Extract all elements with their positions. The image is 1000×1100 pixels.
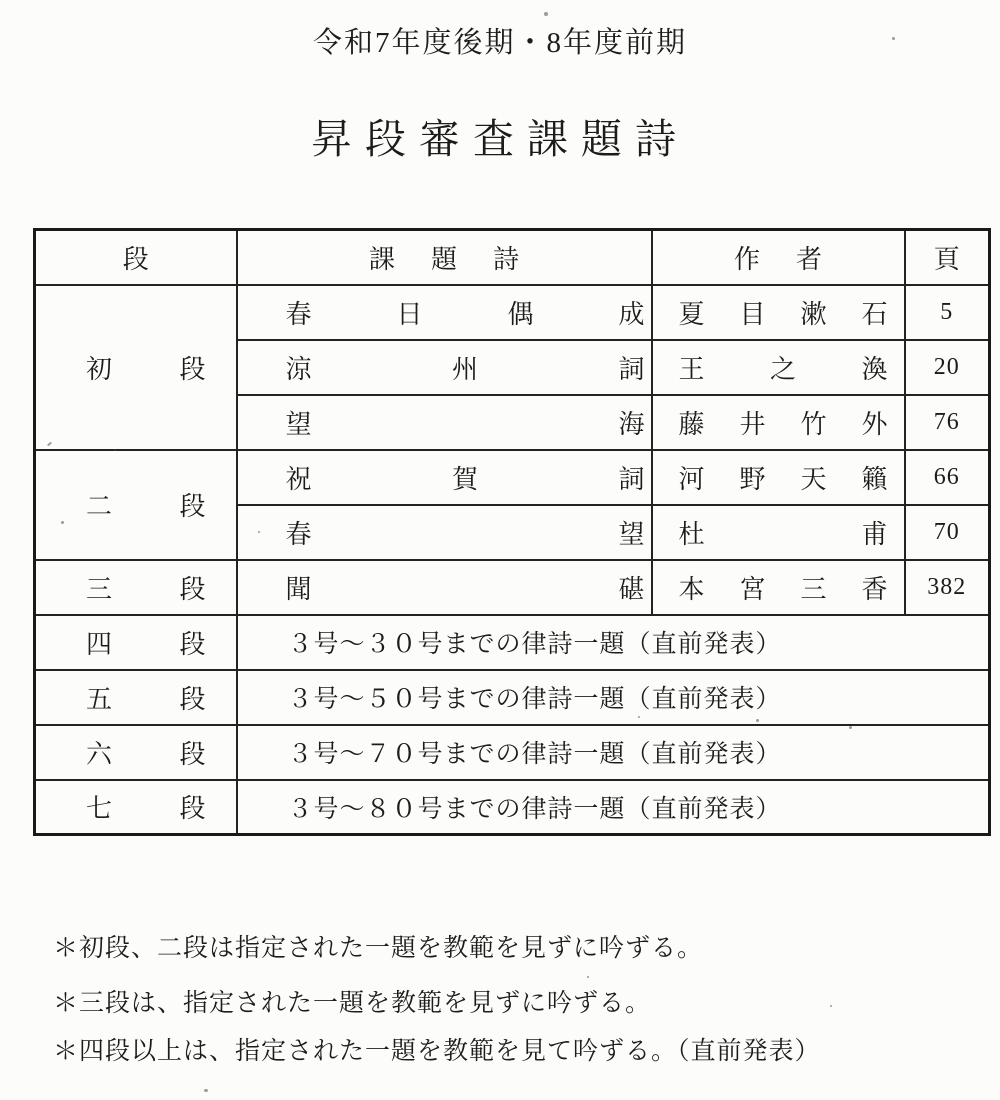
dan-cell-godan: 五段	[35, 670, 237, 725]
table-row: 六段 ３号～７０号までの律詩一題（直前発表）	[35, 725, 990, 780]
dan-label: 初段	[36, 349, 236, 386]
table-row: 四段 ３号～３０号までの律詩一題（直前発表）	[35, 615, 990, 670]
poem-cell: 聞碪	[237, 560, 652, 615]
author-cell: 藤井竹外	[652, 395, 905, 450]
requirement-text: ３号～７０号までの律詩一題（直前発表）	[238, 734, 989, 770]
footnote-yondan-up: ＊四段以上は、指定された一題を教範を見て吟ずる。（直前発表）	[53, 1031, 821, 1067]
scan-speck	[830, 1005, 832, 1007]
scan-speck	[114, 449, 116, 451]
merged-requirement-cell: ３号～８０号までの律詩一題（直前発表）	[237, 780, 990, 835]
col-header-author-label: 作者	[653, 239, 904, 276]
dan-label: 二段	[36, 486, 236, 523]
author-cell: 河野天籟	[652, 450, 905, 505]
requirement-text: ３号～８０号までの律詩一題（直前発表）	[238, 789, 989, 825]
page-cell: 70	[905, 505, 990, 560]
poem-cell: 涼州詞	[237, 340, 652, 395]
col-header-page: 頁	[905, 230, 990, 285]
page-title: 昇段審査課題詩	[0, 106, 1000, 165]
table-row: 七段 ３号～８０号までの律詩一題（直前発表）	[35, 780, 990, 835]
author-cell: 杜甫	[652, 505, 905, 560]
author-name: 藤井竹外	[653, 404, 904, 441]
dan-cell-shodan: 初段	[35, 285, 237, 450]
page-cell: 66	[905, 450, 990, 505]
requirement-text: ３号～３０号までの律詩一題（直前発表）	[238, 624, 989, 660]
poem-title: 春日偶成	[238, 294, 651, 331]
scan-speck	[587, 976, 589, 978]
author-name: 王之渙	[653, 349, 904, 386]
poem-title: 聞碪	[238, 569, 651, 606]
merged-requirement-cell: ３号～３０号までの律詩一題（直前発表）	[237, 615, 990, 670]
scan-speck	[61, 521, 64, 524]
scan-speck	[638, 716, 640, 718]
dan-cell-sandan: 三段	[35, 560, 237, 615]
col-header-dan: 段	[35, 230, 237, 285]
page-cell: 5	[905, 285, 990, 340]
poem-cell: 春望	[237, 505, 652, 560]
author-name: 杜甫	[653, 514, 904, 551]
author-cell: 夏目漱石	[652, 285, 905, 340]
scan-speck	[258, 531, 260, 533]
poem-title: 春望	[238, 514, 651, 551]
table-row: 二段 祝賀詞 河野天籟 66	[35, 450, 990, 505]
table-row: 五段 ３号～５０号までの律詩一題（直前発表）	[35, 670, 990, 725]
page-cell: 382	[905, 560, 990, 615]
doc-subtitle: 令和7年度後期・8年度前期	[0, 20, 1000, 61]
col-header-author: 作者	[652, 230, 905, 285]
merged-requirement-cell: ３号～７０号までの律詩一題（直前発表）	[237, 725, 990, 780]
dan-label: 四段	[36, 624, 236, 661]
dan-cell-yondan: 四段	[35, 615, 237, 670]
author-name: 本宮三香	[653, 569, 904, 606]
author-cell: 本宮三香	[652, 560, 905, 615]
assignment-table: 段 課題詩 作者 頁 初段 春日偶成 夏目漱石 5 涼州詞 王之渙 20 望海 …	[33, 228, 991, 836]
dan-label: 六段	[36, 734, 236, 771]
table-row: 初段 春日偶成 夏目漱石 5	[35, 285, 990, 340]
scan-speck	[662, 146, 665, 149]
table-header-row: 段 課題詩 作者 頁	[35, 230, 990, 285]
dan-cell-nanadan: 七段	[35, 780, 237, 835]
dan-label: 七段	[36, 788, 236, 825]
poem-cell: 春日偶成	[237, 285, 652, 340]
poem-title: 涼州詞	[238, 349, 651, 386]
page-cell: 20	[905, 340, 990, 395]
scan-speck	[544, 12, 548, 16]
dan-label: 三段	[36, 569, 236, 606]
table-row: 三段 聞碪 本宮三香 382	[35, 560, 990, 615]
footnote-sandan: ＊三段は、指定された一題を教範を見ずに吟ずる。	[53, 983, 651, 1019]
scan-speck	[892, 37, 895, 40]
dan-cell-rokudan: 六段	[35, 725, 237, 780]
scan-speck	[756, 719, 759, 722]
author-name: 夏目漱石	[653, 294, 904, 331]
requirement-text: ３号～５０号までの律詩一題（直前発表）	[238, 679, 989, 715]
poem-title: 望海	[238, 404, 651, 441]
author-cell: 王之渙	[652, 340, 905, 395]
scan-speck	[849, 726, 852, 729]
col-header-poem: 課題詩	[237, 230, 652, 285]
merged-requirement-cell: ３号～５０号までの律詩一題（直前発表）	[237, 670, 990, 725]
dan-label: 五段	[36, 679, 236, 716]
author-name: 河野天籟	[653, 459, 904, 496]
poem-title: 祝賀詞	[238, 459, 651, 496]
poem-cell: 望海	[237, 395, 652, 450]
footnote-shodan-nidan: ＊初段、二段は指定された一題を教範を見ずに吟ずる。	[53, 928, 703, 964]
dan-cell-nidan: 二段	[35, 450, 237, 560]
poem-cell: 祝賀詞	[237, 450, 652, 505]
scan-speck	[204, 1089, 208, 1092]
page-cell: 76	[905, 395, 990, 450]
col-header-poem-label: 課題詩	[238, 239, 651, 276]
